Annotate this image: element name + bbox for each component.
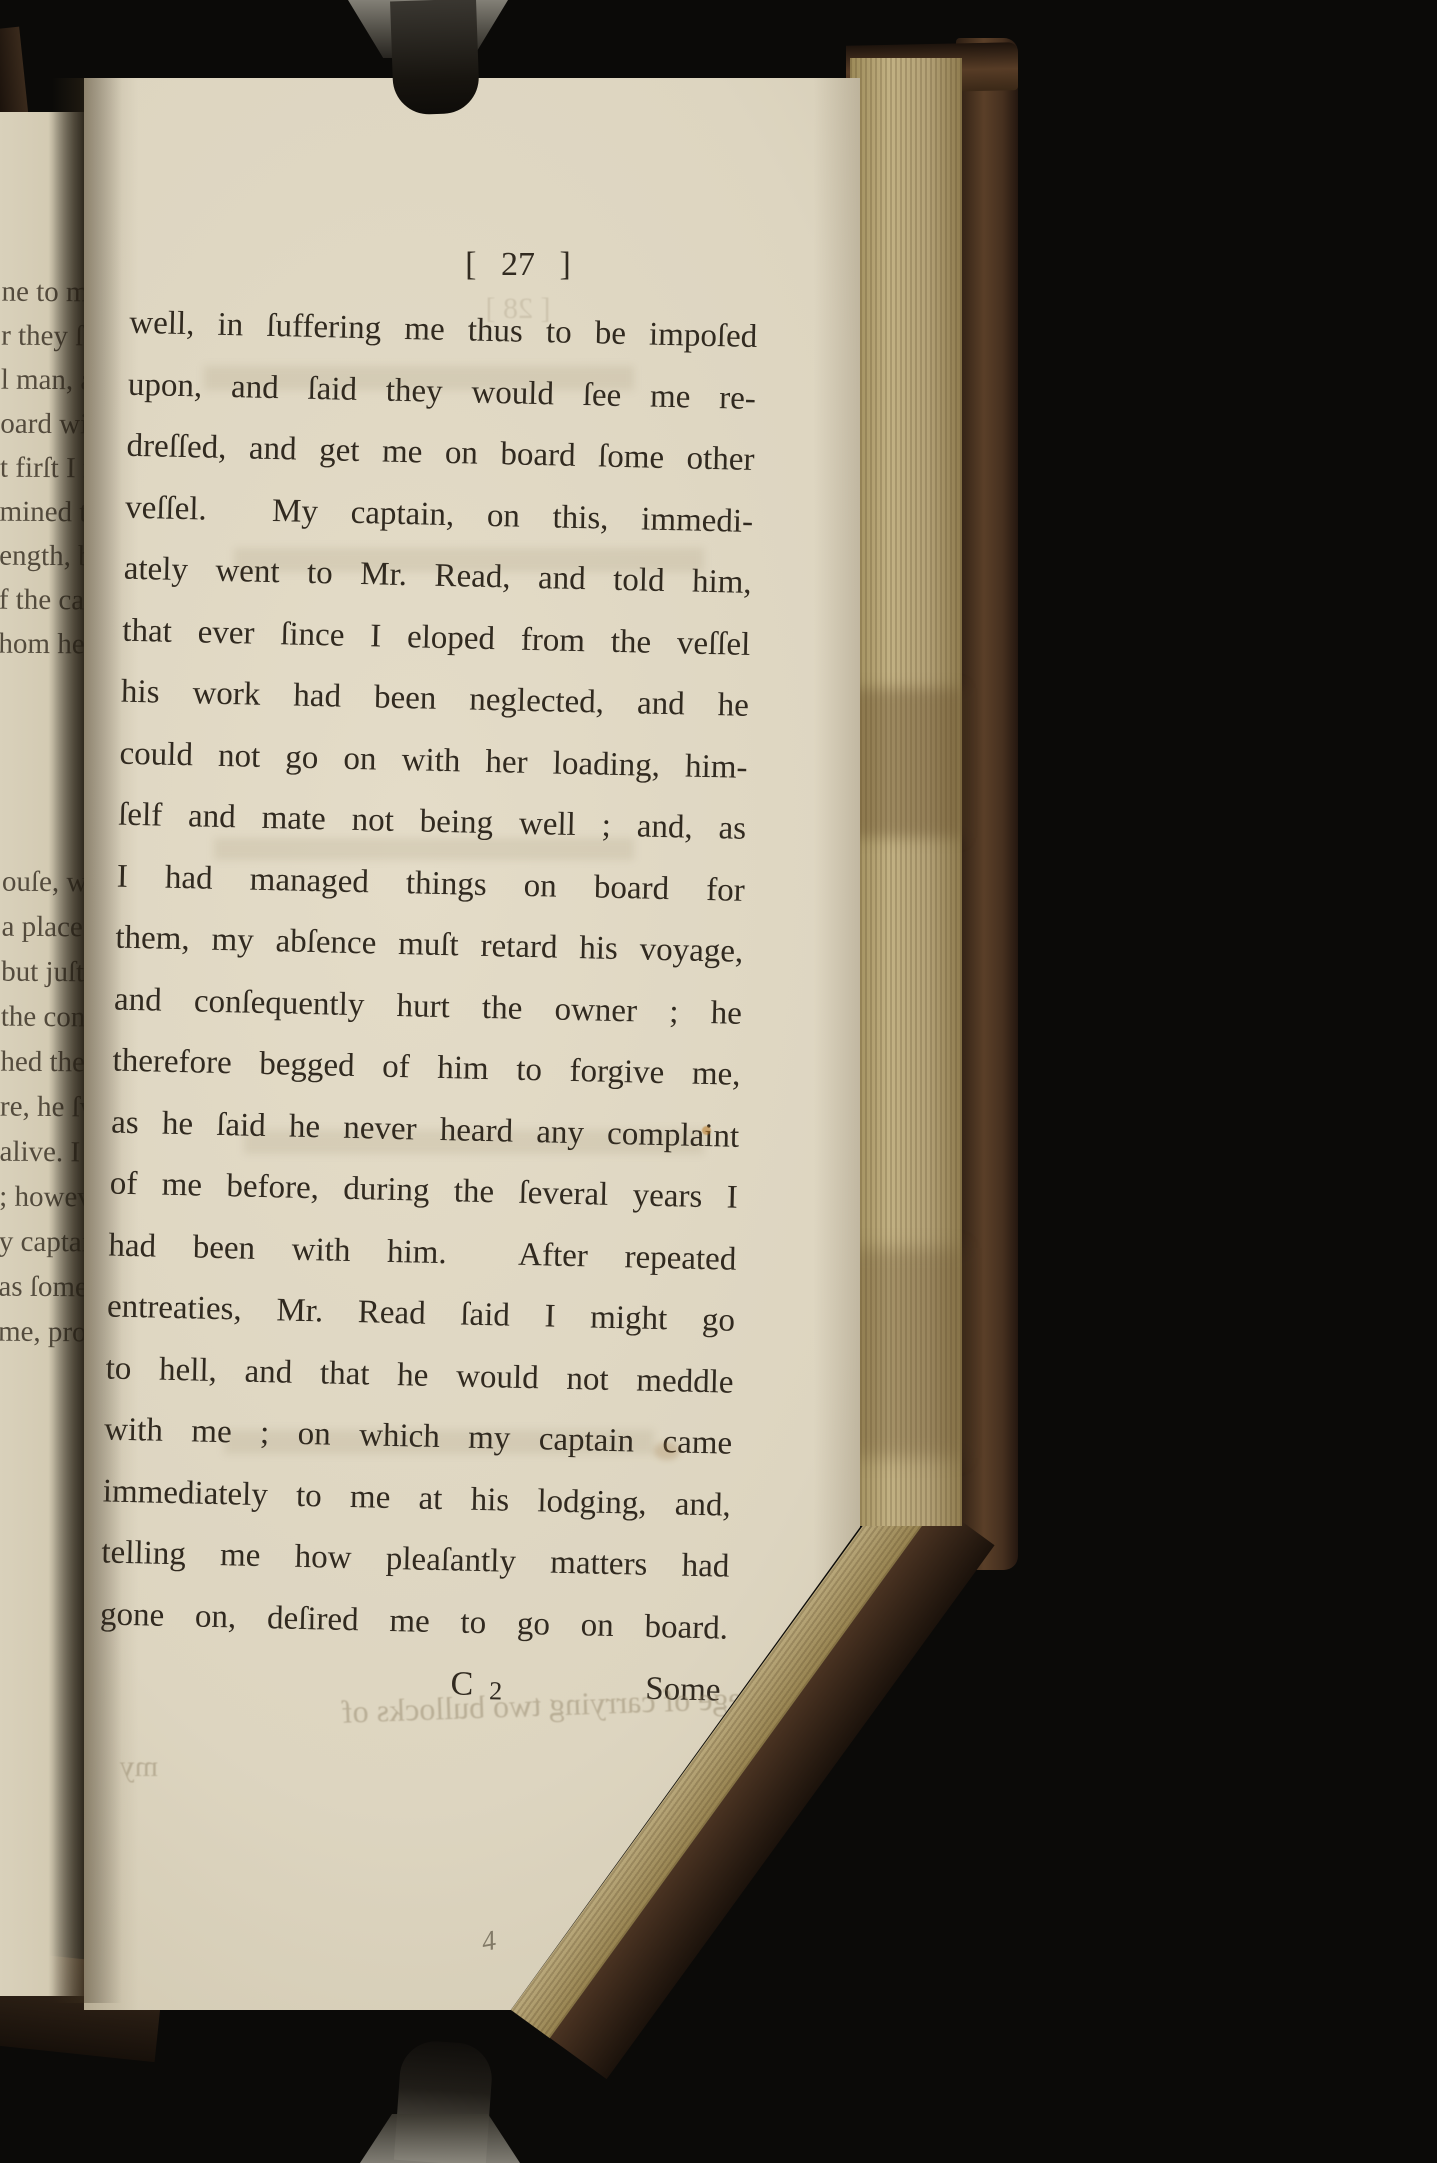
leather-board-right	[956, 38, 1018, 1570]
facing-page-fragment: me, procu	[0, 1310, 94, 1356]
facing-page-fragment: ne to make h	[1, 270, 97, 315]
fore-edge-stain	[850, 688, 962, 838]
facing-page-fragment: t firſt I refuſ	[0, 446, 96, 491]
bleedthrough-word: my	[88, 1750, 158, 1784]
facing-page-fragment: r they ſaid M	[1, 314, 97, 359]
page-block-fore-edge	[850, 58, 962, 1526]
facing-page-fragment: hom he lodg	[0, 622, 95, 667]
scan-clip-bottom	[360, 2040, 520, 2163]
scan-clip-top-tip	[390, 0, 480, 115]
fore-edge-stain	[850, 1248, 962, 1458]
pencil-mark: 4	[479, 1925, 498, 1959]
facing-page-fragment: l man, and h	[1, 358, 97, 403]
page-stain	[702, 1126, 711, 1135]
page-number: [ 27 ]	[204, 246, 832, 284]
facing-page-fragment: hed the ve	[0, 1040, 96, 1086]
facing-page-fragment: ; however,	[0, 1175, 95, 1221]
body-text: well, in ſuffering me thus to be impoſed…	[98, 293, 758, 1722]
facing-page-fragments-lower: ouſe, which a place o but juſt the conſt…	[0, 860, 98, 1356]
page-stain	[654, 1442, 680, 1460]
facing-page-fragment: the conſti	[1, 995, 97, 1041]
facing-page-fragment: as ſome o	[0, 1265, 95, 1311]
scan-clip-top	[348, 0, 508, 118]
facing-page-fragment: alive. I	[0, 1130, 96, 1176]
facing-page-fragment: but juſt	[1, 950, 97, 996]
facing-page-fragment: mined to ſta	[0, 490, 96, 535]
scan-clip-bottom-strap	[360, 2114, 520, 2163]
facing-page-fragment: re, he ſwo	[0, 1085, 96, 1131]
facing-page-fragments-upper: ne to make h r they ſaid M l man, and h …	[0, 270, 98, 667]
facing-page-fragment: f the capt	[0, 578, 95, 623]
facing-page-fragment: ength, by t	[0, 534, 95, 579]
facing-page-fragment: y captain	[0, 1220, 95, 1266]
facing-page-fragment: a place o	[1, 905, 97, 951]
facing-page-fragment: oard with con	[0, 402, 96, 447]
book-photo: ne to make h r they ſaid M l man, and h …	[0, 0, 1437, 2163]
facing-page-sliver: ne to make h r they ſaid M l man, and h …	[0, 112, 88, 1996]
facing-page-fragment: ouſe, which	[2, 860, 98, 906]
